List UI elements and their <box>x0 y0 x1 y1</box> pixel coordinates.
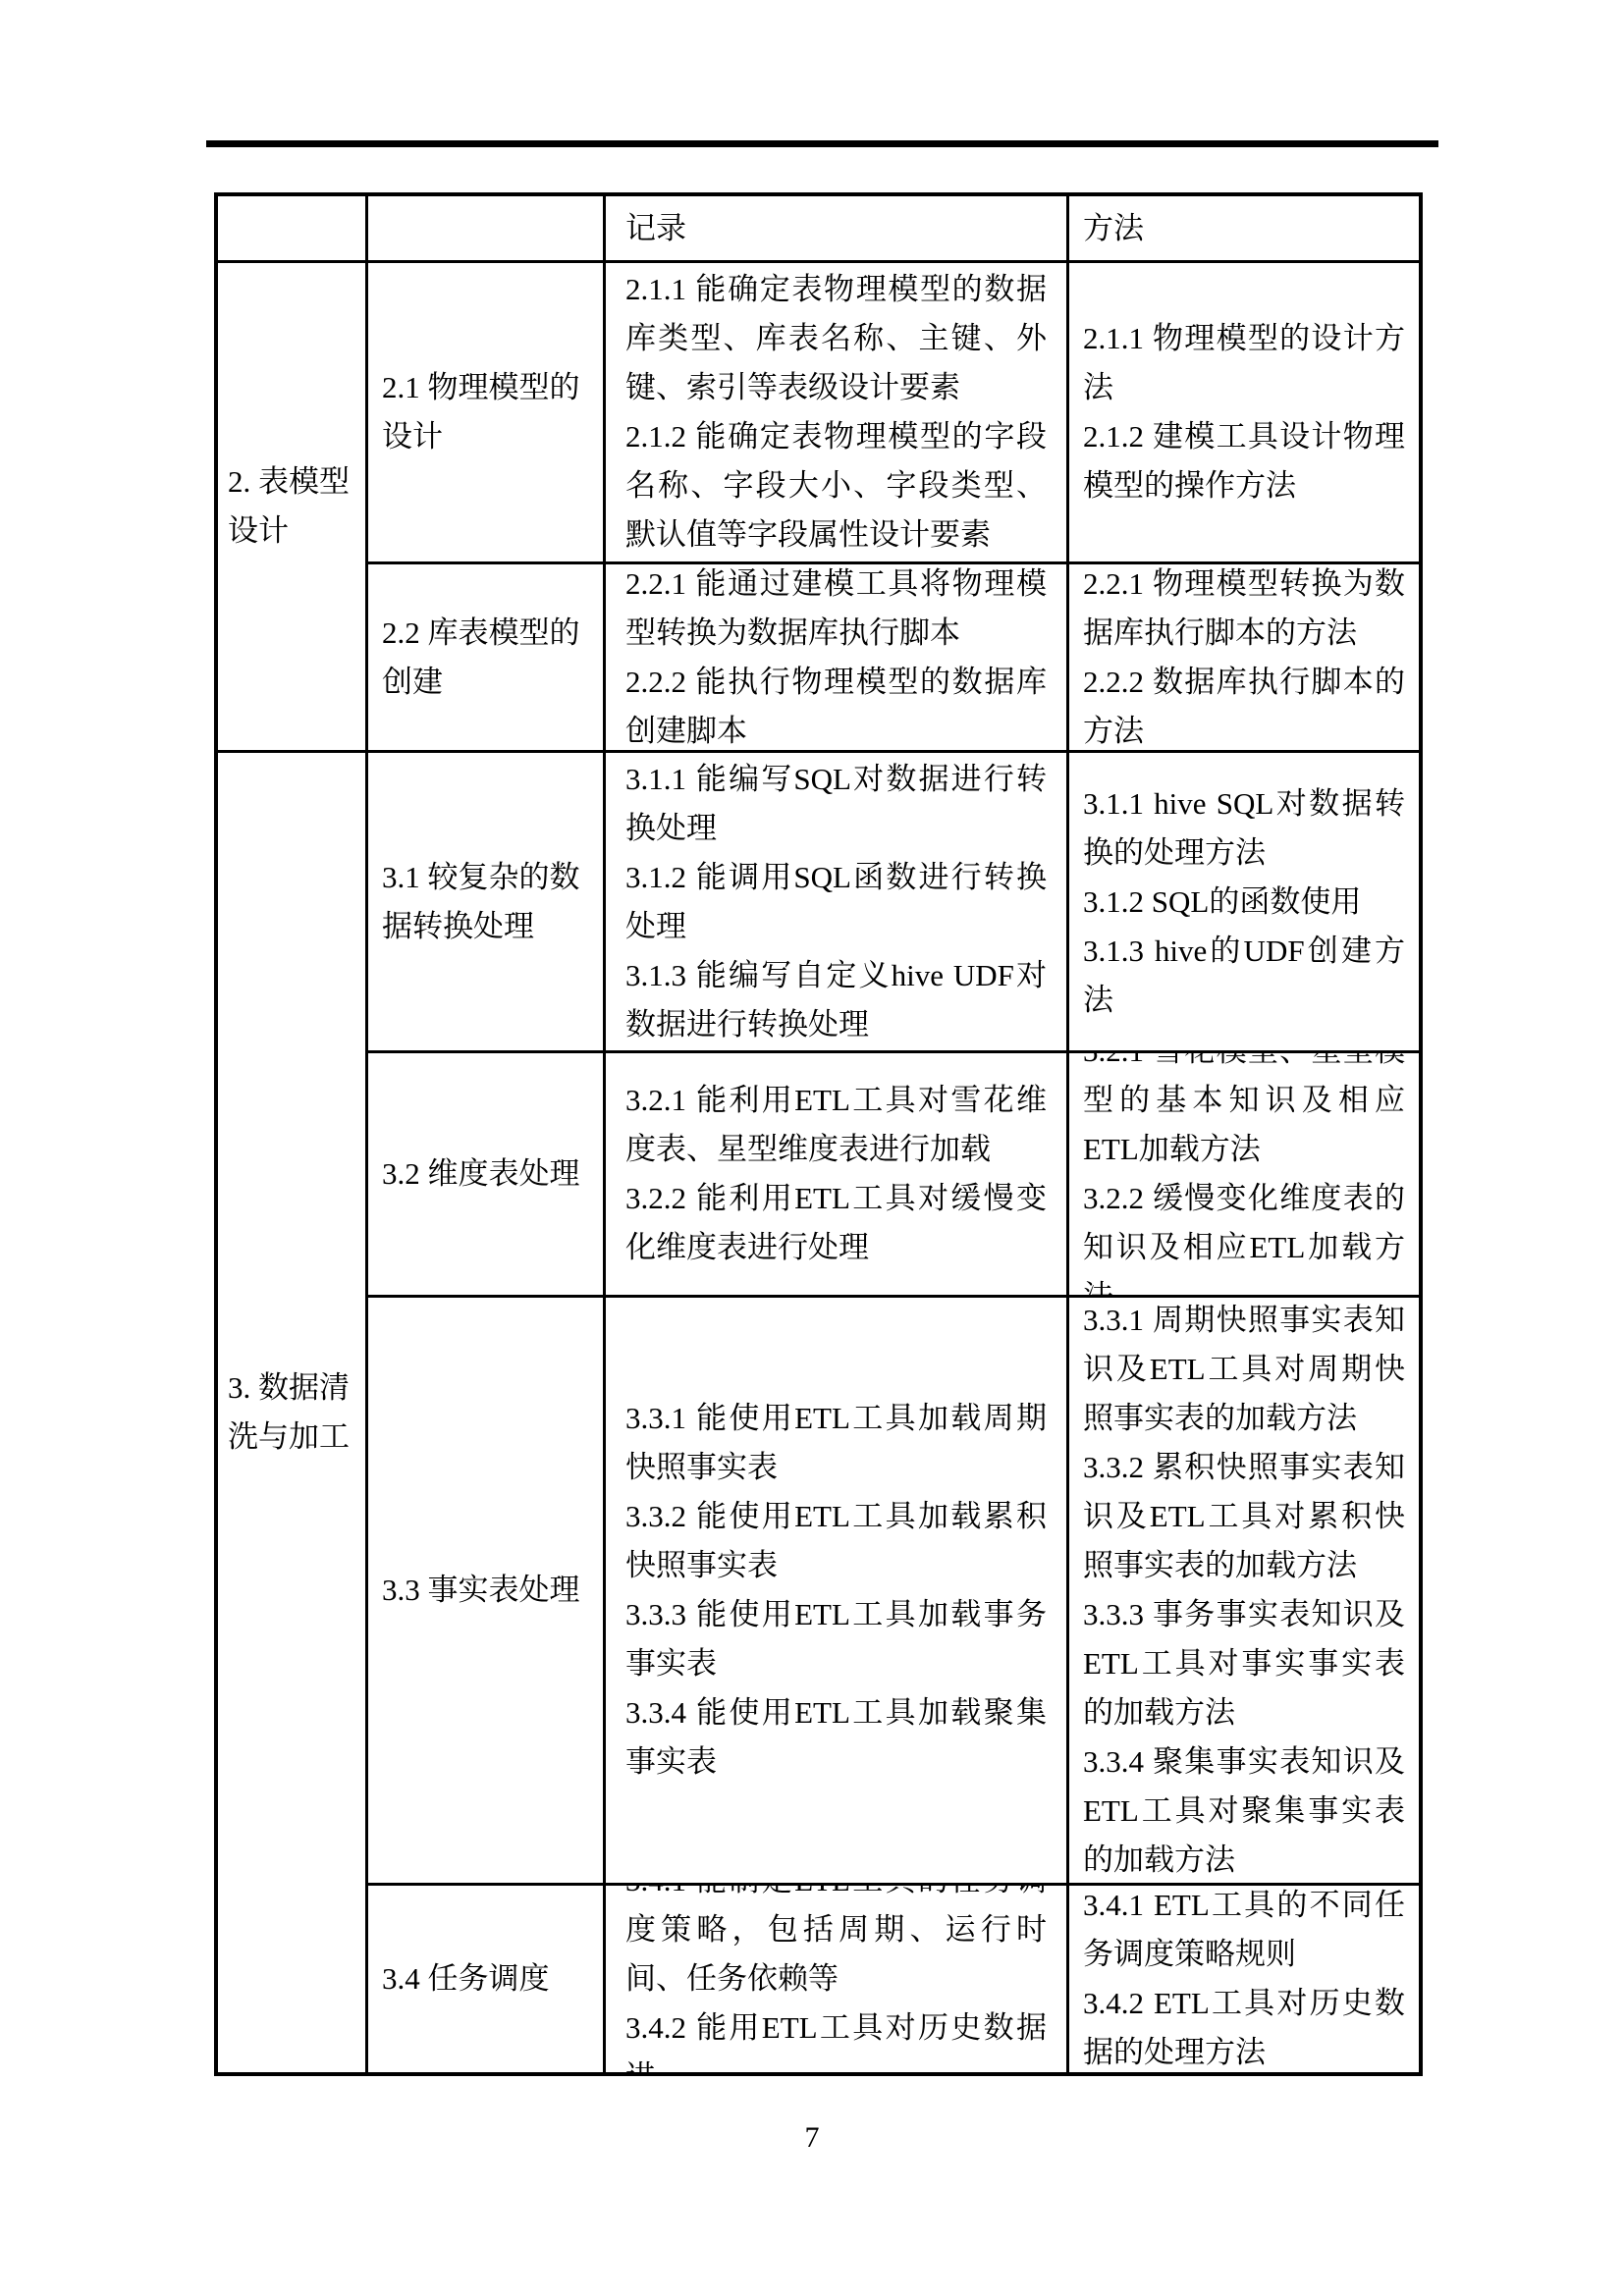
paragraph: 3.3.1 周期快照事实表知识及ETL工具对周期快照事实表的加载方法 <box>1083 1296 1405 1443</box>
paragraph: 3.3.3 事务事实表知识及ETL工具对事实事实表的加载方法 <box>1083 1590 1405 1737</box>
cell-knowledge-3-2: 3.2.1 雪花模型、星型模型的基本知识及相应ETL加载方法3.2.2 缓慢变化… <box>1066 1050 1419 1295</box>
page-top-rule <box>206 140 1438 147</box>
cell-task-3-1: 3.1 较复杂的数据转换处理 <box>365 750 603 1050</box>
header-skills-label: 记录 <box>625 204 1047 253</box>
cell-skills-2-1: 2.1.1 能确定表物理模型的数据库类型、库表名称、主键、外键、索引等表级设计要… <box>603 260 1066 561</box>
task-label: 2.1 物理模型的设计 <box>382 363 589 461</box>
paragraph: 2.2.1 物理模型转换为数据库执行脚本的方法 <box>1083 561 1405 658</box>
paragraph: 3.3.3 能使用ETL工具加载事务事实表 <box>625 1590 1047 1688</box>
cell-task-2-1: 2.1 物理模型的设计 <box>365 260 603 561</box>
cell-function-3: 3. 数据清洗与加工 <box>218 750 365 2072</box>
task-label: 3.4 任务调度 <box>382 1954 589 2003</box>
paragraph: 3.1.2 SQL的函数使用 <box>1083 878 1405 927</box>
skill-standard-table: 记录 方法 2. 表模型设计 2.1 物理模型的设计 2.1.1 能确定表物理模… <box>214 192 1423 2076</box>
paragraph: 3.3.2 累积快照事实表知识及ETL工具对累积快照事实表的加载方法 <box>1083 1443 1405 1590</box>
paragraph: 3.4.1 能制定ETL工具的任务调度策略，包括周期、运行时间、任务依赖等 <box>625 1883 1047 2003</box>
paragraph: 3.2.1 雪花模型、星型模型的基本知识及相应ETL加载方法 <box>1083 1050 1405 1174</box>
cell-task-2-2: 2.2 库表模型的创建 <box>365 561 603 750</box>
cell-skills-3-3: 3.3.1 能使用ETL工具加载周期快照事实表3.3.2 能使用ETL工具加载累… <box>603 1295 1066 1883</box>
task-label: 3.2 维度表处理 <box>382 1149 589 1199</box>
cell-knowledge-3-3: 3.3.1 周期快照事实表知识及ETL工具对周期快照事实表的加载方法3.3.2 … <box>1066 1295 1419 1883</box>
paragraph: 3.2.2 能利用ETL工具对缓慢变化维度表进行处理 <box>625 1174 1047 1272</box>
cell-task-3-4: 3.4 任务调度 <box>365 1883 603 2072</box>
header-knowledge-label: 方法 <box>1083 204 1405 253</box>
paragraph: 3.3.4 聚集事实表知识及ETL工具对聚集事实表的加载方法 <box>1083 1737 1405 1883</box>
cell-skills-2-2: 2.2.1 能通过建模工具将物理模型转换为数据库执行脚本2.2.2 能执行物理模… <box>603 561 1066 750</box>
task-label: 2.2 库表模型的创建 <box>382 609 589 707</box>
header-cell-empty-function <box>218 196 365 260</box>
cell-skills-3-4: 3.4.1 能制定ETL工具的任务调度策略，包括周期、运行时间、任务依赖等3.4… <box>603 1883 1066 2072</box>
paragraph: 3.1.1 hive SQL对数据转换的处理方法 <box>1083 779 1405 878</box>
cell-knowledge-2-2: 2.2.1 物理模型转换为数据库执行脚本的方法2.2.2 数据库执行脚本的方法 <box>1066 561 1419 750</box>
paragraph: 3.1.3 hive的UDF创建方法 <box>1083 927 1405 1025</box>
cell-knowledge-2-1: 2.1.1 物理模型的设计方法2.1.2 建模工具设计物理模型的操作方法 <box>1066 260 1419 561</box>
paragraph: 3.2.2 缓慢变化维度表的知识及相应ETL加载方法 <box>1083 1174 1405 1295</box>
function-label: 3. 数据清洗与加工 <box>228 1363 355 1462</box>
paragraph: 3.3.1 能使用ETL工具加载周期快照事实表 <box>625 1394 1047 1492</box>
cell-skills-3-2: 3.2.1 能利用ETL工具对雪花维度表、星型维度表进行加载3.2.2 能利用E… <box>603 1050 1066 1295</box>
header-cell-knowledge: 方法 <box>1066 196 1419 260</box>
cell-function-2: 2. 表模型设计 <box>218 260 365 750</box>
paragraph: 2.1.1 物理模型的设计方法 <box>1083 314 1405 412</box>
paragraph: 3.2.1 能利用ETL工具对雪花维度表、星型维度表进行加载 <box>625 1076 1047 1174</box>
paragraph: 3.1.1 能编写SQL对数据进行转换处理 <box>625 755 1047 853</box>
page-number: 7 <box>0 2120 1624 2156</box>
cell-knowledge-3-1: 3.1.1 hive SQL对数据转换的处理方法3.1.2 SQL的函数使用3.… <box>1066 750 1419 1050</box>
paragraph: 2.2.1 能通过建模工具将物理模型转换为数据库执行脚本 <box>625 561 1047 658</box>
document-page: { "page": { "number": "7" }, "table": { … <box>0 0 1624 2296</box>
paragraph: 3.4.2 能用ETL工具对历史数据进 <box>625 2003 1047 2072</box>
cell-task-3-3: 3.3 事实表处理 <box>365 1295 603 1883</box>
cell-knowledge-3-4: 3.4.1 ETL工具的不同任务调度策略规则3.4.2 ETL工具对历史数据的处… <box>1066 1883 1419 2072</box>
paragraph: 3.3.4 能使用ETL工具加载聚集事实表 <box>625 1688 1047 1787</box>
cell-task-3-2: 3.2 维度表处理 <box>365 1050 603 1295</box>
header-cell-empty-task <box>365 196 603 260</box>
paragraph: 2.2.2 数据库执行脚本的方法 <box>1083 658 1405 751</box>
paragraph: 2.1.2 建模工具设计物理模型的操作方法 <box>1083 412 1405 510</box>
paragraph: 3.4.2 ETL工具对历史数据的处理方法 <box>1083 1979 1405 2072</box>
paragraph: 3.3.2 能使用ETL工具加载累积快照事实表 <box>625 1492 1047 1590</box>
header-cell-skills: 记录 <box>603 196 1066 260</box>
paragraph: 2.1.1 能确定表物理模型的数据库类型、库表名称、主键、外键、索引等表级设计要… <box>625 265 1047 412</box>
task-label: 3.3 事实表处理 <box>382 1566 589 1615</box>
paragraph: 3.1.3 能编写自定义hive UDF对数据进行转换处理 <box>625 951 1047 1049</box>
paragraph: 2.1.2 能确定表物理模型的字段名称、字段大小、字段类型、默认值等字段属性设计… <box>625 412 1047 560</box>
paragraph: 3.4.1 ETL工具的不同任务调度策略规则 <box>1083 1883 1405 1979</box>
task-label: 3.1 较复杂的数据转换处理 <box>382 853 589 951</box>
paragraph: 2.2.2 能执行物理模型的数据库创建脚本 <box>625 658 1047 751</box>
function-label: 2. 表模型设计 <box>228 457 355 556</box>
cell-skills-3-1: 3.1.1 能编写SQL对数据进行转换处理3.1.2 能调用SQL函数进行转换处… <box>603 750 1066 1050</box>
paragraph: 3.1.2 能调用SQL函数进行转换处理 <box>625 853 1047 951</box>
